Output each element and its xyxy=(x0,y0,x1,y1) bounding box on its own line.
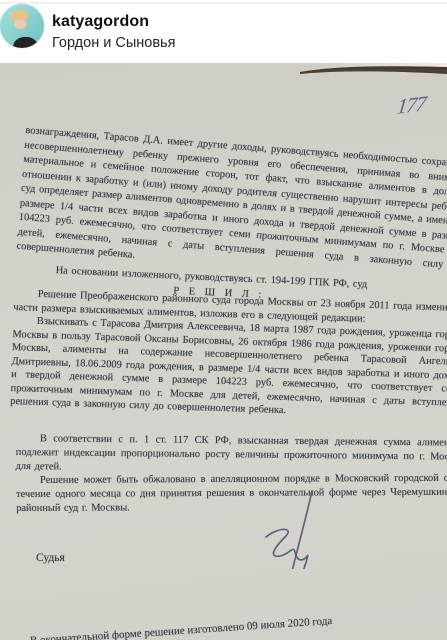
avatar[interactable] xyxy=(0,4,44,48)
document-photo[interactable]: 177 вознаграждения, Тарасов Д.А. имеет д… xyxy=(0,63,447,640)
username[interactable]: katyagordon xyxy=(52,12,175,32)
document-paragraph: Взыскивать с Тарасова Дмитрия Алексеевич… xyxy=(10,314,447,423)
document-paragraph-continuation: вознаграждения, Тарасов Д.А. имеет други… xyxy=(16,124,447,288)
top-divider xyxy=(0,2,447,4)
document-resolution-section: Решение Преображенского районного суда г… xyxy=(10,287,447,423)
document-appeal-section: Решение может быть обжаловано в апелляци… xyxy=(16,472,447,516)
header-text: katyagordon Гордон и Сыновья xyxy=(52,12,175,52)
document-paragraph: вознаграждения, Тарасов Д.А. имеет други… xyxy=(16,124,447,288)
post-header: katyagordon Гордон и Сыновья xyxy=(0,0,447,63)
table-edge xyxy=(300,63,447,78)
judge-label: Судья xyxy=(36,552,65,564)
final-form-date-line: В окончательной форме решение изготовлен… xyxy=(30,615,333,640)
handwritten-page-number: 177 xyxy=(396,91,427,120)
judge-signature-scribble xyxy=(240,424,350,569)
post-subtitle[interactable]: Гордон и Сыновья xyxy=(52,34,175,52)
document-paragraph: Решение может быть обжаловано в апелляци… xyxy=(16,472,447,516)
